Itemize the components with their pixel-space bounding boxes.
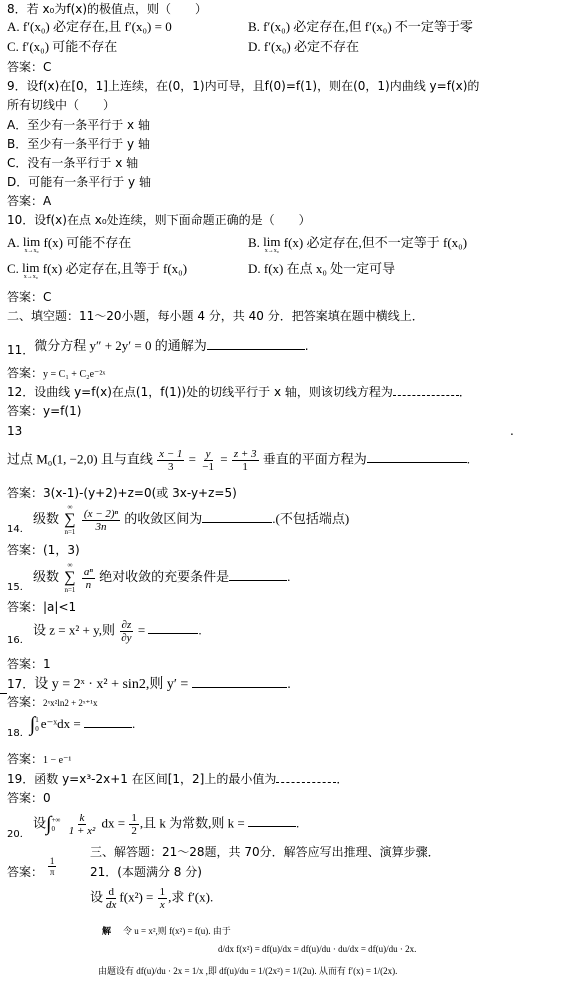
q14-number: 14． — [7, 524, 30, 535]
q21-title: 21．(本题满分 8 分) — [90, 865, 202, 880]
q21-solution-line1: 解令 u = x²,则 f(x²) = f(u). 由于 — [102, 924, 231, 939]
lim-text: lim — [22, 261, 39, 274]
q13-answer: 答案：3(x-1)-(y+2)+z=0(或 3x-y+z=5) — [7, 486, 237, 501]
numerator: aⁿ — [82, 566, 95, 579]
fraction: ddx — [104, 886, 118, 911]
fraction: y−1 — [200, 448, 216, 473]
q17: 17．设 y = 2ˣ · x² + sin2,则 y′ = . — [7, 677, 291, 692]
equals: = — [138, 622, 145, 637]
q12-answer: 答案：y=f(1) — [7, 404, 81, 419]
sigma-icon: ∑ — [64, 512, 75, 528]
lim-subscript: x→x₀ — [24, 274, 38, 280]
q10-option-b: B. limx→x₀ f(x) 必定存在,但不一定等于 f(x₀) — [248, 235, 467, 254]
q14-answer-blank — [202, 512, 272, 523]
denominator: n — [84, 579, 94, 591]
numerator: y — [204, 448, 213, 461]
numerator: 1 — [48, 856, 57, 867]
denominator: dx — [104, 899, 118, 911]
q9-option-c: C．没有一条平行于 x 轴 — [7, 156, 138, 171]
q11-answer: 答案：y = C₁ + C₂e⁻²ˣ — [7, 366, 105, 382]
q17-answer: 答案：2ˣx²ln2 + 2ˣ⁺¹x — [7, 695, 97, 711]
q14: 14． 级数 ∞∑n=1 (x − 2)ⁿ3n 的收敛区间为.(不包括端点) — [7, 503, 349, 537]
q21-pre: 设 — [90, 889, 103, 904]
section3-heading: 三、解答题：21～28题，共 70分．解答应写出推理、演算步骤． — [90, 845, 440, 860]
q10-option-a: A. limx→x₀ f(x) 可能不存在 — [7, 235, 131, 254]
section2-heading: 二、填空题：11～20小题，每小题 4 分，共 40 分．把答案填在题中横线上． — [7, 309, 424, 324]
denominator: 1 + x² — [67, 825, 98, 837]
q15-pre: 级数 — [33, 569, 59, 584]
q19-answer-blank — [276, 772, 336, 783]
q18: 18．∫10e⁻ˣdx = . — [7, 716, 135, 734]
q13-post: 垂直的平面方程为 — [263, 451, 367, 466]
q18-answer-blank — [84, 717, 132, 728]
q20-post: ,且 k 为常数,则 k = — [140, 815, 245, 830]
q18-number: 18． — [7, 728, 30, 739]
q16-answer-blank — [148, 623, 198, 634]
q11: 11．微分方程 y″ + 2y′ = 0 的通解为. — [7, 338, 309, 354]
q20-answer-blank — [248, 816, 296, 827]
equals: = — [189, 451, 196, 466]
sum-lower: n=1 — [64, 528, 75, 537]
q21-post: ,求 f′(x). — [168, 889, 213, 904]
q20: 20． 设∫+∞0 k1 + x² dx = 12,且 k 为常数,则 k = … — [7, 812, 299, 837]
summation: ∞∑n=1 — [64, 561, 75, 595]
q21-mid: f(x²) = — [119, 889, 153, 904]
q11-answer-blank — [207, 339, 305, 350]
q11-end: . — [305, 339, 309, 353]
q19-stem: 19．函数 y=x³-2x+1 在区间[1，2]上的最小值为 — [7, 772, 276, 786]
sum-lower: n=1 — [64, 586, 75, 595]
q10-option-b-prefix: B. — [248, 235, 260, 250]
fraction: k1 + x² — [67, 812, 98, 837]
q10-option-d: D. f(x) 在点 x₀ 处一定可导 — [248, 261, 395, 276]
q13-trailing-dot: . — [510, 424, 514, 439]
q10-option-b-text: f(x) 必定存在,但不一定等于 f(x₀) — [284, 235, 467, 250]
equals: = — [220, 451, 227, 466]
q10-option-c-text: f(x) 必定存在,且等于 f(x₀) — [43, 261, 187, 276]
q18-end: . — [132, 716, 135, 731]
q13-number: 13 — [7, 424, 22, 439]
numerator: x − 1 — [157, 448, 184, 461]
denominator: 3n — [93, 521, 108, 533]
q17-answer-value: 2ˣx²ln2 + 2ˣ⁺¹x — [43, 698, 97, 708]
q10-option-c-prefix: C. — [7, 261, 19, 276]
limit-operator: limx→x₀ — [23, 235, 40, 254]
q15-answer: 答案：|a|<1 — [7, 600, 76, 615]
q13-stem: 过点 M₀(1, −2,0) 且与直线 x − 13 = y−1 = z + 3… — [7, 448, 470, 473]
q14-answer: 答案：(1，3) — [7, 543, 80, 558]
fraction: z + 31 — [232, 448, 259, 473]
lower-bound: 0 — [35, 725, 39, 734]
q15-number: 15． — [7, 582, 30, 593]
fraction: 12 — [129, 812, 139, 837]
q12-answer-blank — [393, 385, 459, 396]
q17-answer-blank — [192, 677, 287, 688]
q10-option-c: C. limx→x₀ f(x) 必定存在,且等于 f(x₀) — [7, 261, 187, 280]
lim-text: lim — [23, 235, 40, 248]
q13-answer-blank — [367, 452, 467, 463]
q8-option-b: B. f′(x₀) 必定存在,但 f′(x₀) 不一定等于零 — [248, 19, 473, 34]
numerator: (x − 2)ⁿ — [82, 508, 120, 521]
q20-answer: 答案： 1π — [7, 856, 57, 877]
q15-post: 绝对收敛的充要条件是 — [99, 569, 229, 584]
q10-answer: 答案：C — [7, 290, 51, 305]
q14-post: 的收敛区间为 — [124, 511, 202, 526]
q9-option-a: A．至少有一条平行于 x 轴 — [7, 118, 150, 133]
numerator: z + 3 — [232, 448, 259, 461]
q19: 19．函数 y=x³-2x+1 在区间[1，2]上的最小值为． — [7, 772, 348, 787]
lower-bound: 0 — [51, 825, 60, 834]
q16-pre: 设 z = x² + y,则 — [33, 622, 115, 637]
q15-end: . — [287, 569, 290, 584]
q9-option-d: D．可能有一条平行于 y 轴 — [7, 175, 151, 190]
margin-mark — [0, 693, 7, 694]
q10-option-a-text: f(x) 可能不存在 — [43, 235, 131, 250]
fraction: 1π — [48, 856, 57, 877]
integral-bounds: +∞0 — [51, 816, 60, 834]
q18-answer: 答案：1 − e⁻¹ — [7, 752, 71, 768]
limit-operator: limx→x₀ — [22, 261, 39, 280]
fraction: ∂z∂y — [119, 619, 133, 644]
answer-label: 答案： — [7, 695, 43, 709]
fraction: 1x — [158, 886, 168, 911]
q18-stem: e⁻ˣdx = — [41, 716, 81, 731]
q17-end: . — [287, 677, 291, 691]
answer-label: 答案： — [7, 366, 43, 380]
q13-end: . — [467, 451, 470, 466]
q8-option-a: A. f′(x₀) 必定存在,且 f′(x₀) = 0 — [7, 19, 172, 34]
upper-bound: 1 — [35, 716, 39, 725]
q17-number: 17． — [7, 677, 34, 691]
numerator: 1 — [158, 886, 168, 899]
q8-option-c: C. f′(x₀) 可能不存在 — [7, 39, 117, 54]
answer-label: 答案： — [7, 865, 43, 879]
numerator: 1 — [129, 812, 139, 825]
q11-answer-value: y = C₁ + C₂e⁻²ˣ — [43, 369, 105, 380]
q12-stem: 12．设曲线 y=f(x)在点(1，f(1))处的切线平行于 x 轴，则该切线方… — [7, 385, 393, 399]
fraction: aⁿn — [82, 566, 95, 591]
q14-pre: 级数 — [33, 511, 59, 526]
q16-end: . — [198, 622, 201, 637]
q21-solution-line3: 由题设有 df(u)/du · 2x = 1/x ,即 df(u)/du = 1… — [98, 964, 397, 979]
q15: 15． 级数 ∞∑n=1 aⁿn 绝对收敛的充要条件是. — [7, 561, 290, 595]
denominator: ∂y — [119, 632, 133, 644]
sigma-icon: ∑ — [64, 570, 75, 586]
q20-pre: 设 — [33, 815, 46, 830]
q12: 12．设曲线 y=f(x)在点(1，f(1))处的切线平行于 x 轴，则该切线方… — [7, 385, 471, 400]
integral-bounds: 10 — [35, 716, 39, 734]
q15-answer-blank — [229, 570, 287, 581]
lim-text: lim — [263, 235, 280, 248]
q16-answer: 答案：1 — [7, 657, 51, 672]
upper-bound: +∞ — [51, 816, 60, 825]
q9-stem-line2: 所有切线中（ ） — [7, 98, 115, 113]
lim-subscript: x→x₀ — [25, 248, 39, 254]
fraction: (x − 2)ⁿ3n — [82, 508, 120, 533]
q19-answer: 答案：0 — [7, 791, 51, 806]
q9-option-b: B．至少有一条平行于 y 轴 — [7, 137, 150, 152]
numerator: d — [106, 886, 116, 899]
q17-stem: 设 y = 2ˣ · x² + sin2,则 y′ = — [34, 677, 188, 692]
q12-end: ． — [459, 385, 471, 399]
fraction: x − 13 — [157, 448, 184, 473]
denominator: 2 — [129, 825, 139, 837]
q20-mid: dx = — [102, 815, 126, 830]
solution-label: 解 — [102, 926, 111, 936]
limit-operator: limx→x₀ — [263, 235, 280, 254]
summation: ∞∑n=1 — [64, 503, 75, 537]
q20-end: . — [296, 815, 299, 830]
q20-number: 20． — [7, 829, 30, 840]
q21-solution-line2: d/dx f(x²) = df(u)/dx = df(u)/du · du/dx… — [218, 942, 416, 957]
q19-end: ． — [336, 772, 348, 786]
q13-pre: 过点 M₀(1, −2,0) 且与直线 — [7, 451, 153, 466]
denominator: 3 — [166, 461, 176, 473]
q16-number: 16． — [7, 635, 30, 646]
q8-stem: 8．若 x₀为f(x)的极值点，则（ ） — [7, 2, 207, 17]
q11-number: 11． — [7, 343, 34, 357]
q8-option-d: D. f′(x₀) 必定不存在 — [248, 39, 359, 54]
numerator: k — [78, 812, 87, 825]
lim-subscript: x→x₀ — [265, 248, 279, 254]
denominator: 1 — [240, 461, 250, 473]
solution-text: 令 u = x²,则 f(x²) = f(u). 由于 — [123, 926, 231, 936]
q21-stem: 设ddxf(x²) = 1x,求 f′(x). — [90, 886, 213, 911]
denominator: −1 — [200, 461, 216, 473]
q14-end: .(不包括端点) — [272, 511, 349, 526]
q9-answer: 答案：A — [7, 194, 51, 209]
q18-answer-value: 1 − e⁻¹ — [43, 755, 71, 766]
q8-answer: 答案：C — [7, 60, 51, 75]
q9-stem-line1: 9．设f(x)在[0，1]上连续，在(0，1)内可导，且f(0)=f(1)，则在… — [7, 79, 479, 94]
answer-label: 答案： — [7, 752, 43, 766]
q11-stem: 微分方程 y″ + 2y′ = 0 的通解为 — [34, 338, 206, 353]
q16: 16． 设 z = x² + y,则 ∂z∂y = . — [7, 619, 202, 644]
denominator: x — [158, 899, 167, 911]
numerator: ∂z — [120, 619, 134, 632]
denominator: π — [48, 867, 57, 877]
q10-stem: 10．设f(x)在点 x₀处连续，则下面命题正确的是（ ） — [7, 213, 311, 228]
q10-option-a-prefix: A. — [7, 235, 20, 250]
